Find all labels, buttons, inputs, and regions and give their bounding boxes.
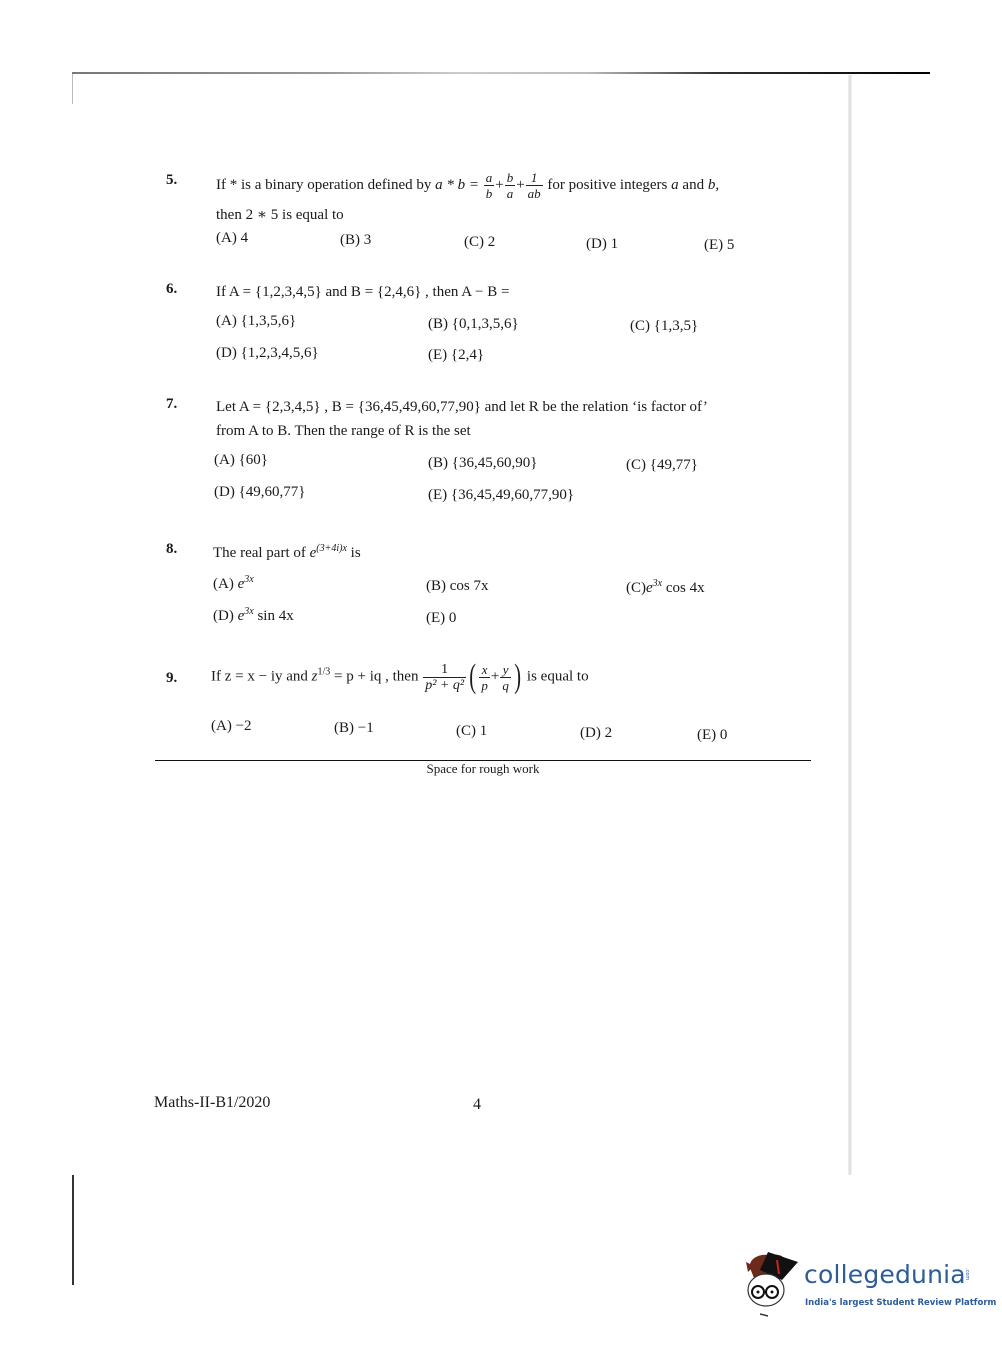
option-b: (B) 3 [340, 232, 371, 249]
option-a: (A) 4 [216, 230, 248, 247]
question-text: If z = x − iy and [211, 668, 308, 684]
option-a: (A) {1,3,5,6} [216, 313, 296, 330]
left-paren: ( [469, 660, 476, 694]
option-e: (E) 0 [426, 610, 456, 627]
option-e: (E) 0 [697, 727, 727, 744]
question-text: If * is a binary operation defined by a … [216, 170, 719, 201]
option-a: (A) e3x [213, 574, 254, 593]
page-edge [72, 74, 73, 104]
logo-suffix: .com [964, 1268, 970, 1280]
option-c: (C) 2 [464, 234, 495, 251]
rough-work-label: Space for rough work [155, 761, 811, 777]
fraction: xp [479, 662, 490, 693]
question-number: 7. [166, 396, 177, 413]
question-text: Let A = {2,3,4,5} , B = {36,45,49,60,77,… [216, 396, 826, 418]
paper-code: Maths-II-B1/2020 [154, 1094, 270, 1112]
option-b: (B) {0,1,3,5,6} [428, 316, 519, 333]
option-d: (D) e3x sin 4x [213, 606, 294, 625]
option-b: (B) −1 [334, 720, 374, 737]
option-e: (E) {2,4} [428, 347, 484, 364]
option-d: (D) {1,2,3,4,5,6} [216, 345, 319, 362]
option-c: (C) {49,77} [626, 457, 698, 474]
question-number: 8. [166, 541, 177, 558]
question-text-line2: then 2 ∗ 5 is equal to [216, 204, 344, 226]
page-edge [72, 1175, 74, 1285]
right-paren: ) [514, 660, 521, 694]
question-text-line2: from A to B. Then the range of R is the … [216, 420, 826, 442]
fraction: ba [505, 170, 516, 201]
question-number: 9. [166, 670, 177, 687]
option-b: (B) cos 7x [426, 578, 489, 595]
question-text: The real part of [213, 545, 306, 561]
option-c: (C) 1 [456, 723, 487, 740]
logo-wordmark: collegedunia [804, 1260, 966, 1289]
option-c: (C) {1,3,5} [630, 318, 698, 335]
option-d: (D) 1 [586, 236, 618, 253]
question-text: If A = {1,2,3,4,5} and B = {2,4,6} , the… [216, 281, 826, 303]
fraction: ab [484, 170, 495, 201]
option-d: (D) 2 [580, 725, 612, 742]
fraction: 1p² + q² [423, 662, 466, 693]
top-border-rule [72, 72, 930, 74]
mascot-icon [742, 1250, 804, 1320]
question-number: 5. [166, 172, 177, 189]
page-number: 4 [473, 1096, 481, 1114]
option-c: (C)e3x cos 4x [626, 578, 705, 597]
page-fold-shadow [848, 75, 852, 1175]
question-number: 6. [166, 281, 177, 298]
option-e: (E) {36,45,49,60,77,90} [428, 487, 574, 504]
option-b: (B) {36,45,60,90} [428, 455, 537, 472]
option-e: (E) 5 [704, 237, 734, 254]
option-a: (A) −2 [211, 718, 252, 735]
collegedunia-logo: collegedunia .com India's largest Studen… [742, 1250, 972, 1320]
option-a: (A) {60} [214, 452, 268, 469]
option-d: (D) {49,60,77} [214, 484, 305, 501]
fraction: yq [500, 662, 511, 693]
logo-tagline: India's largest Student Review Platform [805, 1298, 996, 1308]
exponent: (3+4i)x [316, 543, 347, 554]
fraction: 1ab [526, 170, 543, 201]
